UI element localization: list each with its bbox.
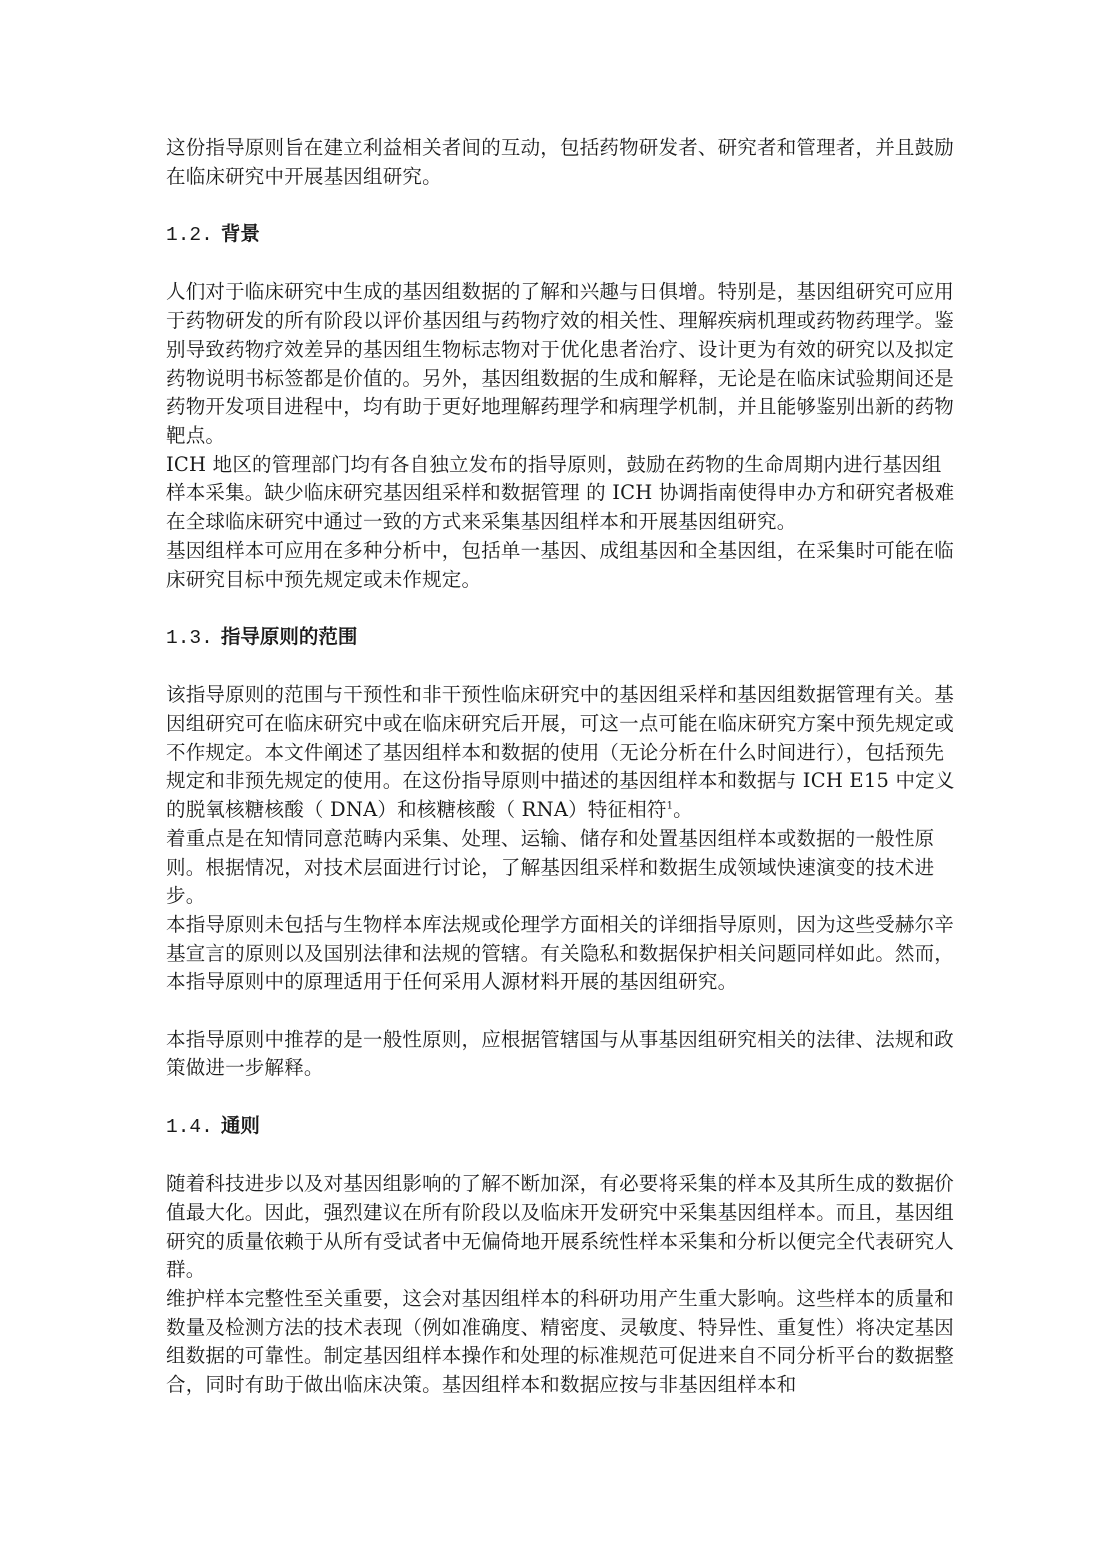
paragraph: ICH 地区的管理部门均有各自独立发布的指导原则，鼓励在药物的生命周期内进行基因… bbox=[166, 451, 956, 537]
paragraph: 本指导原则未包括与生物样本库法规或伦理学方面相关的详细指导原则，因为这些受赫尔辛… bbox=[166, 911, 956, 997]
section-heading-scope: 1.3.指导原则的范围 bbox=[166, 623, 956, 653]
section-title: 通则 bbox=[221, 1114, 260, 1137]
paragraph: 本指导原则中推荐的是一般性原则，应根据管辖国与从事基因组研究相关的法律、法规和政… bbox=[166, 1026, 956, 1083]
paragraph-text: 该指导原则的范围与干预性和非干预性临床研究中的基因组采样和基因组数据管理有关。基… bbox=[166, 683, 955, 821]
paragraph: 该指导原则的范围与干预性和非干预性临床研究中的基因组采样和基因组数据管理有关。基… bbox=[166, 681, 956, 825]
section-title: 背景 bbox=[221, 222, 260, 245]
section-number: 1.2. bbox=[166, 224, 213, 246]
paragraph: 人们对于临床研究中生成的基因组数据的了解和兴趣与日俱增。特别是，基因组研究可应用… bbox=[166, 278, 956, 450]
document-page: 这份指导原则旨在建立利益相关者间的互动，包括药物研发者、研究者和管理者，并且鼓励… bbox=[166, 134, 956, 1400]
section-heading-background: 1.2.背景 bbox=[166, 220, 956, 250]
section-number: 1.4. bbox=[166, 1116, 213, 1138]
paragraph: 着重点是在知情同意范畴内采集、处理、运输、储存和处置基因组样本或数据的一般性原则… bbox=[166, 825, 956, 911]
paragraph-tail: 。 bbox=[673, 798, 693, 821]
intro-paragraph: 这份指导原则旨在建立利益相关者间的互动，包括药物研发者、研究者和管理者，并且鼓励… bbox=[166, 134, 956, 191]
paragraph: 基因组样本可应用在多种分析中，包括单一基因、成组基因和全基因组，在采集时可能在临… bbox=[166, 537, 956, 594]
section-number: 1.3. bbox=[166, 627, 213, 649]
paragraph: 维护样本完整性至关重要，这会对基因组样本的科研功用产生重大影响。这些样本的质量和… bbox=[166, 1285, 956, 1400]
section-title: 指导原则的范围 bbox=[221, 625, 358, 648]
paragraph: 随着科技进步以及对基因组影响的了解不断加深，有必要将采集的样本及其所生成的数据价… bbox=[166, 1170, 956, 1285]
section-heading-general: 1.4.通则 bbox=[166, 1112, 956, 1142]
